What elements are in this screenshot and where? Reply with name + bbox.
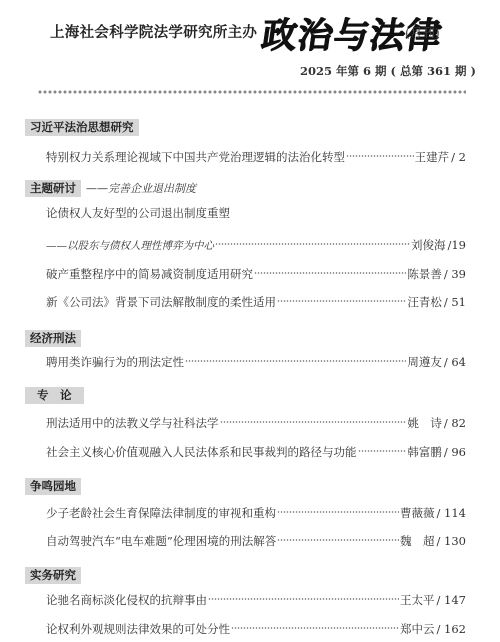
leader-dots bbox=[231, 617, 399, 633]
toc-entry-title-line[interactable]: 论债权人友好型的公司退出制度重塑 bbox=[46, 205, 466, 221]
toc-entry[interactable]: 刑法适用中的法教义学与社科法学 姚 诗 / 82 bbox=[46, 411, 466, 427]
article-page: / 82 bbox=[444, 415, 466, 431]
article-page: / 51 bbox=[444, 294, 466, 310]
article-title: 刑法适用中的法教义学与社科法学 bbox=[46, 415, 219, 431]
toc-entry[interactable]: 聘用类诈骗行为的刑法定性 周遵友 / 64 bbox=[46, 350, 466, 366]
article-title: 特别权力关系理论视域下中国共产党治理逻辑的法治化转型 bbox=[46, 149, 345, 165]
leader-dots bbox=[185, 350, 406, 366]
article-author: 魏 超 bbox=[400, 533, 435, 549]
article-author: 姚 诗 bbox=[407, 415, 442, 431]
leader-dots bbox=[358, 440, 407, 456]
leader-dots bbox=[254, 262, 406, 278]
issue-number: 2025 年第 6 期 ( 总第 361 期 ) bbox=[300, 63, 476, 79]
leader-dots bbox=[220, 411, 407, 427]
leader-dots bbox=[346, 145, 414, 161]
article-page: / 96 bbox=[444, 444, 466, 460]
section-header-special-topics: 专 论 bbox=[25, 387, 84, 404]
article-title: 聘用类诈骗行为的刑法定性 bbox=[46, 354, 184, 370]
article-author: 汪青松 bbox=[407, 294, 442, 310]
article-author: 韩富鹏 bbox=[407, 444, 442, 460]
article-title: 论驰名商标淡化侵权的抗辩事由 bbox=[46, 592, 207, 608]
toc-entry[interactable]: 破产重整程序中的简易减资制度适用研究 陈景善 / 39 bbox=[46, 262, 466, 278]
article-page: / 114 bbox=[437, 505, 466, 521]
section-label: 经济刑法 bbox=[25, 330, 81, 347]
decorative-divider bbox=[38, 89, 466, 95]
toc-entry[interactable]: 自动驾驶汽车“电车难题”伦理困境的刑法解答 魏 超 / 130 bbox=[46, 529, 466, 545]
section-label: 实务研究 bbox=[25, 567, 81, 584]
article-title: 少子老龄社会生育保障法律制度的审视和重构 bbox=[46, 505, 276, 521]
section-label: 专 论 bbox=[25, 387, 84, 404]
leader-dots bbox=[277, 501, 399, 517]
article-title: 破产重整程序中的简易减资制度适用研究 bbox=[46, 266, 253, 282]
toc-entry[interactable]: ——以股东与债权人理性博弈为中心 刘俊海 /19 bbox=[46, 233, 466, 249]
section-label: 主题研讨 bbox=[25, 180, 81, 197]
frequency-label: (月刊) bbox=[405, 23, 440, 41]
article-author: 刘俊海 bbox=[411, 237, 446, 253]
article-title: 论权利外观规则法律效果的可处分性 bbox=[46, 621, 230, 637]
article-subtitle: ——以股东与债权人理性博弈为中心 bbox=[46, 238, 214, 254]
article-page: / 64 bbox=[444, 354, 466, 370]
article-author: 陈景善 bbox=[407, 266, 442, 282]
toc-entry[interactable]: 特别权力关系理论视域下中国共产党治理逻辑的法治化转型 王建芹 / 2 bbox=[46, 145, 466, 161]
leader-dots bbox=[208, 588, 399, 604]
toc-entry[interactable]: 社会主义核心价值观融入人民法体系和民事裁判的路径与功能 韩富鹏 / 96 bbox=[46, 440, 466, 456]
article-title: 社会主义核心价值观融入人民法体系和民事裁判的路径与功能 bbox=[46, 444, 357, 460]
leader-dots bbox=[215, 233, 410, 249]
article-page: / 2 bbox=[451, 149, 466, 165]
article-author: 王太平 bbox=[400, 592, 435, 608]
article-page: / 147 bbox=[437, 592, 466, 608]
article-author: 郑中云 bbox=[400, 621, 435, 637]
section-header-debate-forum: 争鸣园地 bbox=[25, 478, 81, 495]
article-author: 曹薇薇 bbox=[400, 505, 435, 521]
section-subtitle: ——完善企业退出制度 bbox=[86, 180, 196, 197]
article-title: 新《公司法》背景下司法解散制度的柔性适用 bbox=[46, 294, 276, 310]
article-page: / 162 bbox=[437, 621, 466, 637]
publisher-line: 上海社会科学院法学研究所主办 bbox=[50, 21, 257, 42]
article-author: 王建芹 bbox=[415, 149, 450, 165]
leader-dots bbox=[277, 290, 406, 306]
leader-dots bbox=[277, 529, 399, 545]
article-title: 论债权人友好型的公司退出制度重塑 bbox=[46, 205, 230, 221]
section-header-practice-research: 实务研究 bbox=[25, 567, 81, 584]
article-title: 自动驾驶汽车“电车难题”伦理困境的刑法解答 bbox=[46, 533, 276, 549]
toc-entry[interactable]: 少子老龄社会生育保障法律制度的审视和重构 曹薇薇 / 114 bbox=[46, 501, 466, 517]
toc-entry[interactable]: 新《公司法》背景下司法解散制度的柔性适用 汪青松 / 51 bbox=[46, 290, 466, 306]
section-header-theme-discussion: 主题研讨 ——完善企业退出制度 bbox=[25, 180, 196, 197]
section-label: 习近平法治思想研究 bbox=[25, 119, 139, 136]
article-page: / 130 bbox=[437, 533, 466, 549]
section-label: 争鸣园地 bbox=[25, 478, 81, 495]
section-header-xi-rule-of-law: 习近平法治思想研究 bbox=[25, 119, 139, 136]
article-page: /19 bbox=[447, 237, 466, 253]
article-page: / 39 bbox=[444, 266, 466, 282]
section-header-economic-criminal-law: 经济刑法 bbox=[25, 330, 81, 347]
toc-entry[interactable]: 论驰名商标淡化侵权的抗辩事由 王太平 / 147 bbox=[46, 588, 466, 604]
toc-entry[interactable]: 论权利外观规则法律效果的可处分性 郑中云 / 162 bbox=[46, 617, 466, 633]
article-author: 周遵友 bbox=[407, 354, 442, 370]
